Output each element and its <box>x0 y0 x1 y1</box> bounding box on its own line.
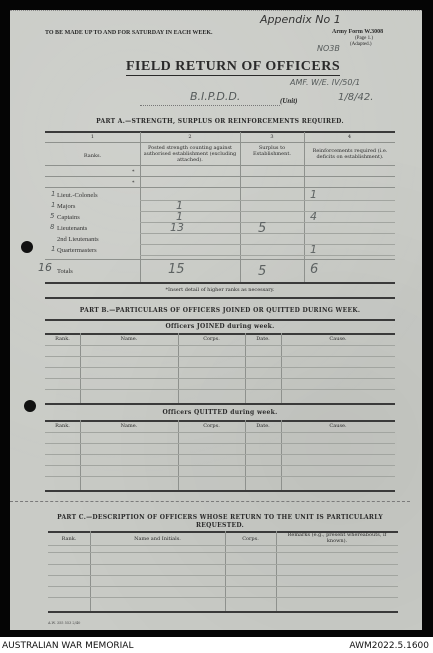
rank-label: Lieut.-Colonels <box>57 192 98 199</box>
rule <box>48 586 398 587</box>
handwritten-amf: AMF. W/E. IV/50/1 <box>290 78 360 87</box>
star-row-marker: * <box>132 169 135 175</box>
col-divider <box>80 333 81 403</box>
partc-col-name: Name and Initials. <box>90 536 225 542</box>
posted-value: 13 <box>170 221 184 234</box>
accession-number: AWM2022.5.1600 <box>349 641 429 651</box>
joined-heading: Officers JOINED during week. <box>45 323 395 330</box>
margin-figure: 1 <box>51 201 55 209</box>
part-b-heading: PART B.—PARTICULARS OF OFFICERS JOINED O… <box>45 307 395 314</box>
part-c-heading: PART C.—DESCRIPTION OF OFFICERS WHOSE RE… <box>40 514 400 521</box>
handwritten-appendix: Appendix No 1 <box>260 13 341 26</box>
joined-col-name: Name. <box>80 336 178 342</box>
perforation-line <box>10 501 410 502</box>
form-number: Army Form W.3008 <box>332 29 383 35</box>
joined-col-rank: Rank. <box>45 336 80 342</box>
page-title: FIELD RETURN OF OFFICERS <box>126 59 340 76</box>
part-c-heading-line2: REQUESTED. <box>40 522 400 529</box>
rule <box>140 244 395 245</box>
star-row-marker: * <box>132 180 135 186</box>
rule <box>45 432 395 433</box>
quitted-col-corps: Corps. <box>178 423 245 429</box>
col-header-reinforcements: Reinforcements required (i.e. deficits o… <box>307 148 393 160</box>
col-number-3: 3 <box>240 134 304 140</box>
rule <box>48 552 398 553</box>
instruction-text: TO BE MADE UP TO AND FOR SATURDAY IN EAC… <box>45 30 213 37</box>
col-divider <box>90 531 91 611</box>
rank-label: Majors <box>57 203 75 210</box>
rule <box>48 575 398 576</box>
rule <box>45 131 395 133</box>
rule <box>48 597 398 598</box>
rank-label: 2nd Lieutenants <box>57 236 99 243</box>
part-a-footnote: *Insert detail of higher ranks as necess… <box>45 287 395 293</box>
partc-col-remarks: Remarks (e.g., present whereabouts, if k… <box>278 532 396 544</box>
punch-hole <box>21 241 33 253</box>
quitted-col-rank: Rank. <box>45 423 80 429</box>
margin-total: 16 <box>38 261 52 274</box>
unit-label: (Unit) <box>280 97 298 105</box>
unit-underline <box>140 105 280 106</box>
margin-figure: 1 <box>51 245 55 253</box>
joined-col-cause: Cause. <box>281 336 395 342</box>
col-divider <box>281 420 282 490</box>
col-divider <box>281 333 282 403</box>
col-header-ranks: Ranks. <box>45 153 140 159</box>
rule <box>45 454 395 455</box>
rank-label: Captains <box>57 214 80 221</box>
rule <box>45 403 395 405</box>
rule <box>45 378 395 379</box>
part-a-heading: PART A.—STRENGTH, SURPLUS OR REINFORCEME… <box>45 118 395 125</box>
rule <box>140 255 395 256</box>
col-divider <box>178 333 179 403</box>
col-divider <box>276 531 277 611</box>
col-number-2: 2 <box>140 134 240 140</box>
joined-col-corps: Corps. <box>178 336 245 342</box>
total-reinforcements: 6 <box>310 262 318 277</box>
rule <box>45 259 395 260</box>
rule <box>45 187 395 188</box>
handwritten-date: 1/8/42. <box>338 92 373 103</box>
rule <box>45 345 395 346</box>
rule <box>45 319 395 321</box>
rule <box>45 476 395 477</box>
institution-label: AUSTRALIAN WAR MEMORIAL <box>2 641 133 651</box>
reinforcements-value: 1 <box>310 243 317 256</box>
rule <box>45 142 395 143</box>
rule <box>45 443 395 444</box>
document-page: TO BE MADE UP TO AND FOR SATURDAY IN EAC… <box>10 10 422 630</box>
rule <box>45 333 395 335</box>
surplus-value: 5 <box>258 221 266 236</box>
col-number-4: 4 <box>304 134 395 140</box>
margin-figure: 8 <box>50 223 54 231</box>
punch-hole <box>24 400 36 412</box>
quitted-col-date: Date. <box>245 423 281 429</box>
rule <box>45 420 395 422</box>
unit-value: B.I.P.D.D. <box>190 90 240 103</box>
reinforcements-value: 1 <box>310 188 317 201</box>
quitted-col-cause: Cause. <box>281 423 395 429</box>
rule <box>45 490 395 492</box>
quitted-heading: Officers QUITTED during week. <box>45 409 395 416</box>
form-adapted: (Adapted.) <box>350 42 372 48</box>
joined-col-date: Date. <box>245 336 281 342</box>
margin-figure: 5 <box>50 212 54 220</box>
total-posted: 15 <box>168 262 185 277</box>
rank-label: Lieutenants <box>57 225 87 232</box>
partc-col-corps: Corps. <box>225 536 276 542</box>
handwritten-ref: NO3B <box>317 44 340 53</box>
col-header-posted: Posted strength counting against authori… <box>143 145 237 163</box>
col-divider <box>245 420 246 490</box>
margin-figure: 1 <box>51 190 55 198</box>
total-surplus: 5 <box>258 264 266 279</box>
rule <box>45 176 395 177</box>
partc-col-rank: Rank. <box>48 536 90 542</box>
rule <box>48 611 398 613</box>
footer-bar: AUSTRALIAN WAR MEMORIAL AWM2022.5.1600 <box>0 637 433 653</box>
rule <box>45 165 395 166</box>
col-divider <box>80 420 81 490</box>
col-divider <box>178 420 179 490</box>
rule <box>45 297 395 299</box>
col-number-1: 1 <box>45 134 140 140</box>
rank-label: Quartermasters <box>57 247 97 254</box>
rule <box>45 282 395 284</box>
col-header-surplus: Surplus to Establishment. <box>246 145 298 157</box>
rule <box>45 465 395 466</box>
rule <box>45 367 395 368</box>
totals-label: Totals <box>57 268 73 275</box>
rule <box>48 545 398 546</box>
reinforcements-value: 4 <box>310 210 317 223</box>
col-divider <box>245 333 246 403</box>
print-code: A.W. 355 553 2/40 <box>48 621 80 625</box>
rule <box>45 356 395 357</box>
rule <box>45 389 395 390</box>
col-divider <box>225 531 226 611</box>
quitted-col-name: Name. <box>80 423 178 429</box>
rule <box>48 564 398 565</box>
